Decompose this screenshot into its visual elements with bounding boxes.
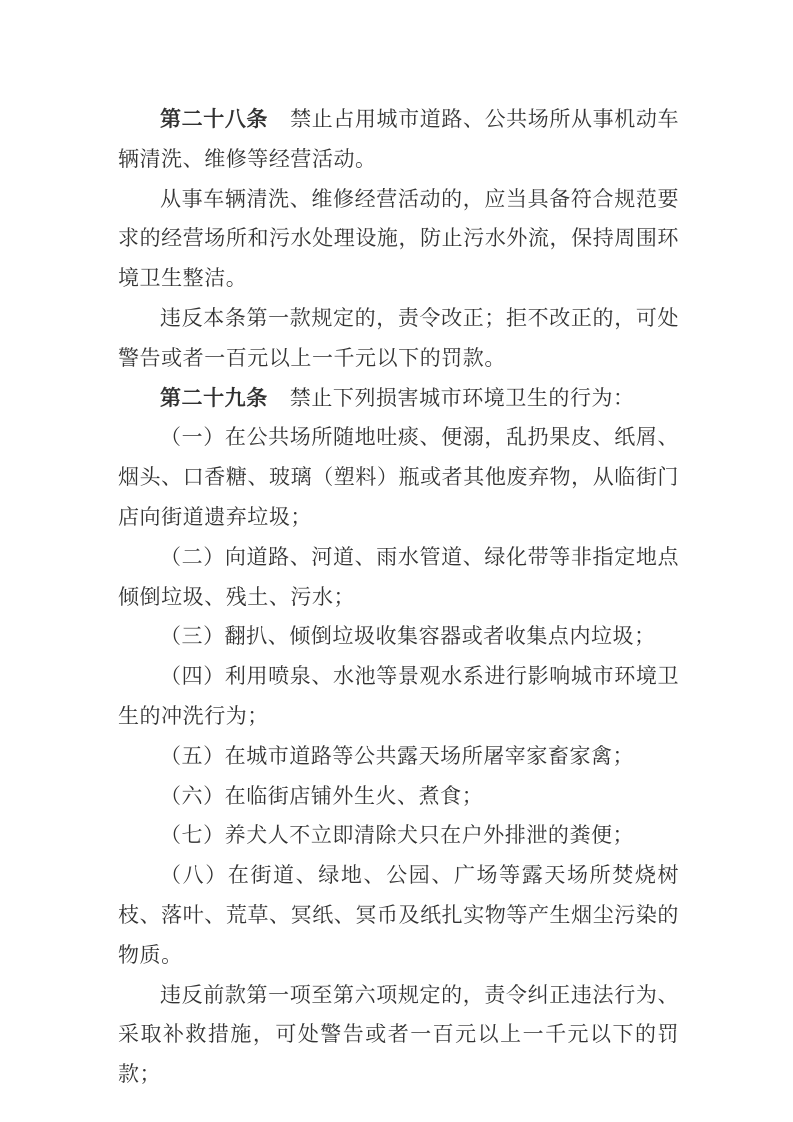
paragraph-text: 违反前款第一项至第六项规定的，责令纠正违法行为、采取补救措施，可处警告或者一百元… (118, 983, 679, 1087)
paragraph-text: （二）向道路、河道、雨水管道、绿化带等非指定地点倾倒垃圾、残土、污水； (118, 545, 679, 609)
paragraph: （四）利用喷泉、水池等景观水系进行影响城市环境卫生的冲洗行为； (118, 657, 679, 737)
paragraph: 从事车辆清洗、维修经营活动的，应当具备符合规范要求的经营场所和污水处理设施，防止… (118, 180, 679, 299)
paragraph-text: （八）在街道、绿地、公园、广场等露天场所焚烧树枝、落叶、荒草、冥纸、冥币及纸扎实… (118, 863, 679, 967)
paragraph: （八）在街道、绿地、公园、广场等露天场所焚烧树枝、落叶、荒草、冥纸、冥币及纸扎实… (118, 856, 679, 975)
paragraph-text: （七）养犬人不立即清除犬只在户外排泄的粪便； (160, 823, 634, 847)
paragraph: （五）在城市道路等公共露天场所屠宰家畜家禽； (118, 737, 679, 777)
paragraph-text: 从事车辆清洗、维修经营活动的，应当具备符合规范要求的经营场所和污水处理设施，防止… (118, 187, 679, 291)
paragraph: 第二十八条禁止占用城市道路、公共场所从事机动车辆清洗、维修等经营活动。 (118, 100, 679, 180)
paragraph: （三）翻扒、倾倒垃圾收集容器或者收集点内垃圾； (118, 617, 679, 657)
paragraph: （一）在公共场所随地吐痰、便溺，乱扔果皮、纸屑、烟头、口香糖、玻璃（塑料）瓶或者… (118, 418, 679, 537)
document-page: 第二十八条禁止占用城市道路、公共场所从事机动车辆清洗、维修等经营活动。 从事车辆… (0, 0, 793, 1122)
regulation-text-block: 第二十八条禁止占用城市道路、公共场所从事机动车辆清洗、维修等经营活动。 从事车辆… (118, 100, 679, 1095)
paragraph: （六）在临街店铺外生火、煮食； (118, 777, 679, 817)
paragraph: （七）养犬人不立即清除犬只在户外排泄的粪便； (118, 816, 679, 856)
paragraph-text: （四）利用喷泉、水池等景观水系进行影响城市环境卫生的冲洗行为； (118, 664, 679, 728)
paragraph: 违反前款第一项至第六项规定的，责令纠正违法行为、采取补救措施，可处警告或者一百元… (118, 976, 679, 1095)
paragraph-text: 禁止下列损害城市环境卫生的行为： (290, 386, 635, 410)
article-number: 第二十八条 (160, 107, 268, 131)
paragraph-text: （三）翻扒、倾倒垃圾收集容器或者收集点内垃圾； (160, 624, 656, 648)
paragraph-text: （六）在临街店铺外生火、煮食； (160, 784, 483, 808)
paragraph: 第二十九条禁止下列损害城市环境卫生的行为： (118, 379, 679, 419)
paragraph-text: 违反本条第一款规定的，责令改正；拒不改正的，可处警告或者一百元以上一千元以下的罚… (118, 306, 679, 370)
paragraph: （二）向道路、河道、雨水管道、绿化带等非指定地点倾倒垃圾、残土、污水； (118, 538, 679, 618)
paragraph-text: （一）在公共场所随地吐痰、便溺，乱扔果皮、纸屑、烟头、口香糖、玻璃（塑料）瓶或者… (118, 425, 679, 529)
article-number: 第二十九条 (160, 386, 268, 410)
paragraph: 违反本条第一款规定的，责令改正；拒不改正的，可处警告或者一百元以上一千元以下的罚… (118, 299, 679, 379)
paragraph-text: （五）在城市道路等公共露天场所屠宰家畜家禽； (160, 744, 634, 768)
